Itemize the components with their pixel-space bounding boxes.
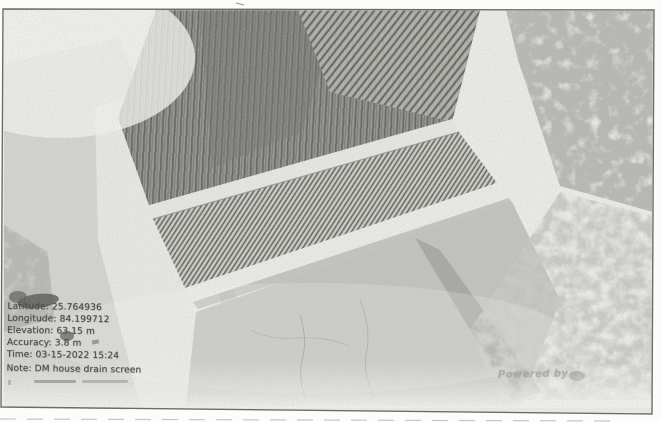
gps-overlay: Latitude: 25.764936 Longitude: 84.199712… (6, 301, 192, 378)
gps-note: Note: DM house drain screen (6, 363, 191, 378)
gps-time: Time: 03-15-2022 15:24 (7, 349, 192, 364)
top-edge-mark (236, 3, 244, 5)
powered-by-watermark: Powered by (498, 368, 568, 380)
scanned-photo-page: Latitude: 25.764936 Longitude: 84.199712… (0, 0, 662, 422)
bottom-dashed-line (0, 419, 610, 421)
